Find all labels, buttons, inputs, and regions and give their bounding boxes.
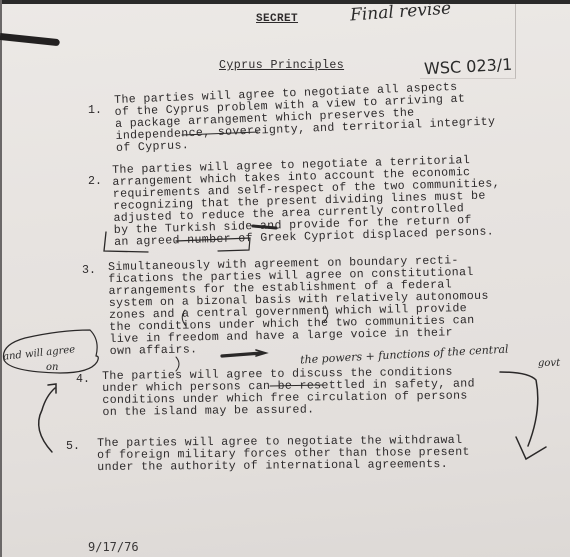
pen-marks: [0, 0, 570, 557]
